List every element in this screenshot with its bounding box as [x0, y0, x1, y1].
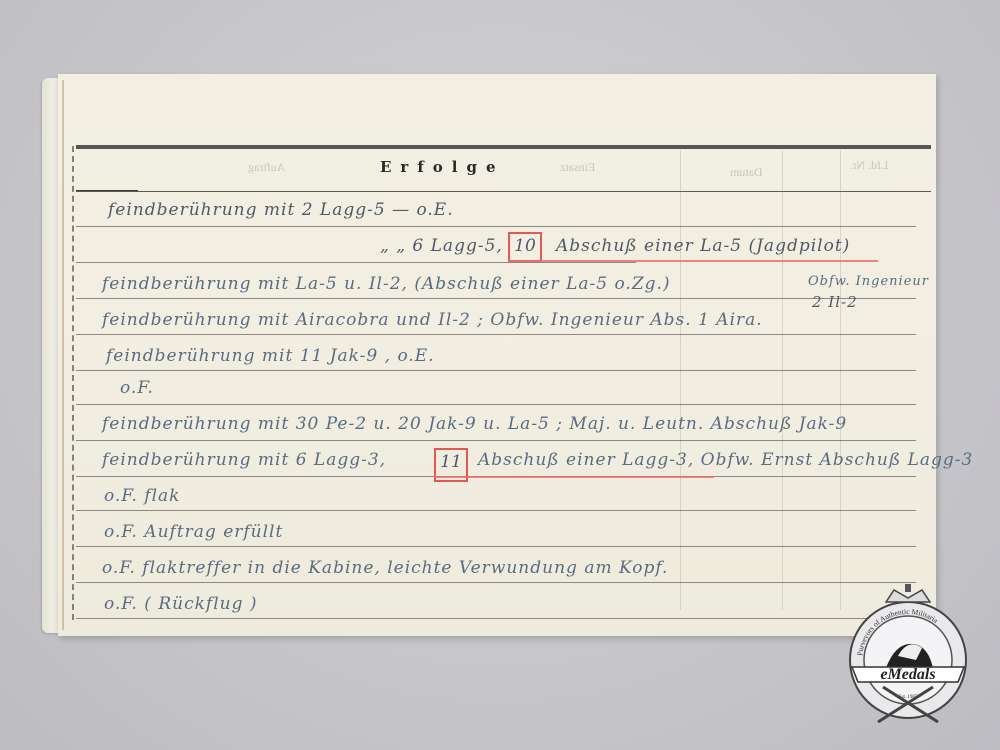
svg-text:eMedals: eMedals	[880, 666, 935, 683]
ruled-line	[76, 510, 916, 511]
victory-number-box: 10	[508, 232, 542, 262]
log-entry-9: o.F. flak	[104, 486, 180, 506]
ruled-line	[76, 546, 916, 547]
ruled-line	[76, 334, 916, 335]
log-entry-5: feindberührung mit 11 Jak-9 , o.E.	[106, 346, 435, 366]
ghost-column-line	[782, 150, 783, 610]
ruled-line	[76, 298, 916, 299]
ruled-line	[76, 582, 916, 583]
ghost-header-text: Auftrag	[248, 160, 285, 175]
ruled-line	[76, 440, 916, 441]
log-entry-4: feindberührung mit Airacobra und Il-2 ; …	[102, 310, 763, 330]
header-rule-bottom	[76, 191, 931, 192]
red-underline	[508, 260, 878, 262]
ruled-line	[76, 404, 916, 405]
ghost-header-text: Einsatz	[560, 160, 595, 175]
log-entry-3-note2: 2 Il-2	[812, 293, 858, 311]
log-entry-8: feindberührung mit 6 Lagg-3,	[102, 450, 386, 470]
log-entry-7: feindberührung mit 30 Pe-2 u. 20 Jak-9 u…	[102, 414, 847, 434]
log-entry-2-detail: Abschuß einer La-5 (Jagdpilot)	[556, 236, 850, 256]
column-title: Erfolge	[380, 158, 505, 176]
log-entry-11: o.F. flaktreffer in die Kabine, leichte …	[102, 558, 668, 578]
ghost-column-line	[680, 150, 681, 610]
log-entry-3-note: Obfw. Ingenieur	[808, 274, 929, 289]
ghost-header-text: Datum	[730, 165, 763, 180]
log-entry-12: o.F. ( Rückflug )	[104, 594, 258, 614]
ruled-line	[76, 262, 636, 263]
log-entry-1: feindberührung mit 2 Lagg-5 — o.E.	[108, 200, 454, 220]
ruled-line	[76, 226, 916, 227]
log-entry-6: o.F.	[120, 378, 154, 398]
header-rule-top	[76, 145, 931, 149]
emedals-watermark-logo: eMedals Est. 1987 Purveyors of Authentic…	[838, 582, 978, 732]
svg-text:Est. 1987: Est. 1987	[899, 695, 918, 700]
ghost-column-line	[840, 150, 841, 610]
log-entry-8-detail: Abschuß einer Lagg-3, Obfw. Ernst Abschu…	[478, 450, 973, 470]
log-entry-3: feindberührung mit La-5 u. Il-2, (Abschu…	[102, 274, 671, 294]
ruled-line	[76, 370, 916, 371]
emedals-seal-icon: eMedals Est. 1987 Purveyors of Authentic…	[838, 582, 978, 732]
log-entry-2: „ „ 6 Lagg-5,	[380, 236, 503, 256]
left-margin-line	[72, 146, 74, 620]
red-underline	[434, 476, 714, 478]
ruled-line	[76, 618, 916, 619]
log-entry-10: o.F. Auftrag erfüllt	[104, 522, 283, 542]
page-binding-edge	[62, 80, 64, 630]
ghost-header-text: Lfd. Nr.	[850, 158, 888, 173]
